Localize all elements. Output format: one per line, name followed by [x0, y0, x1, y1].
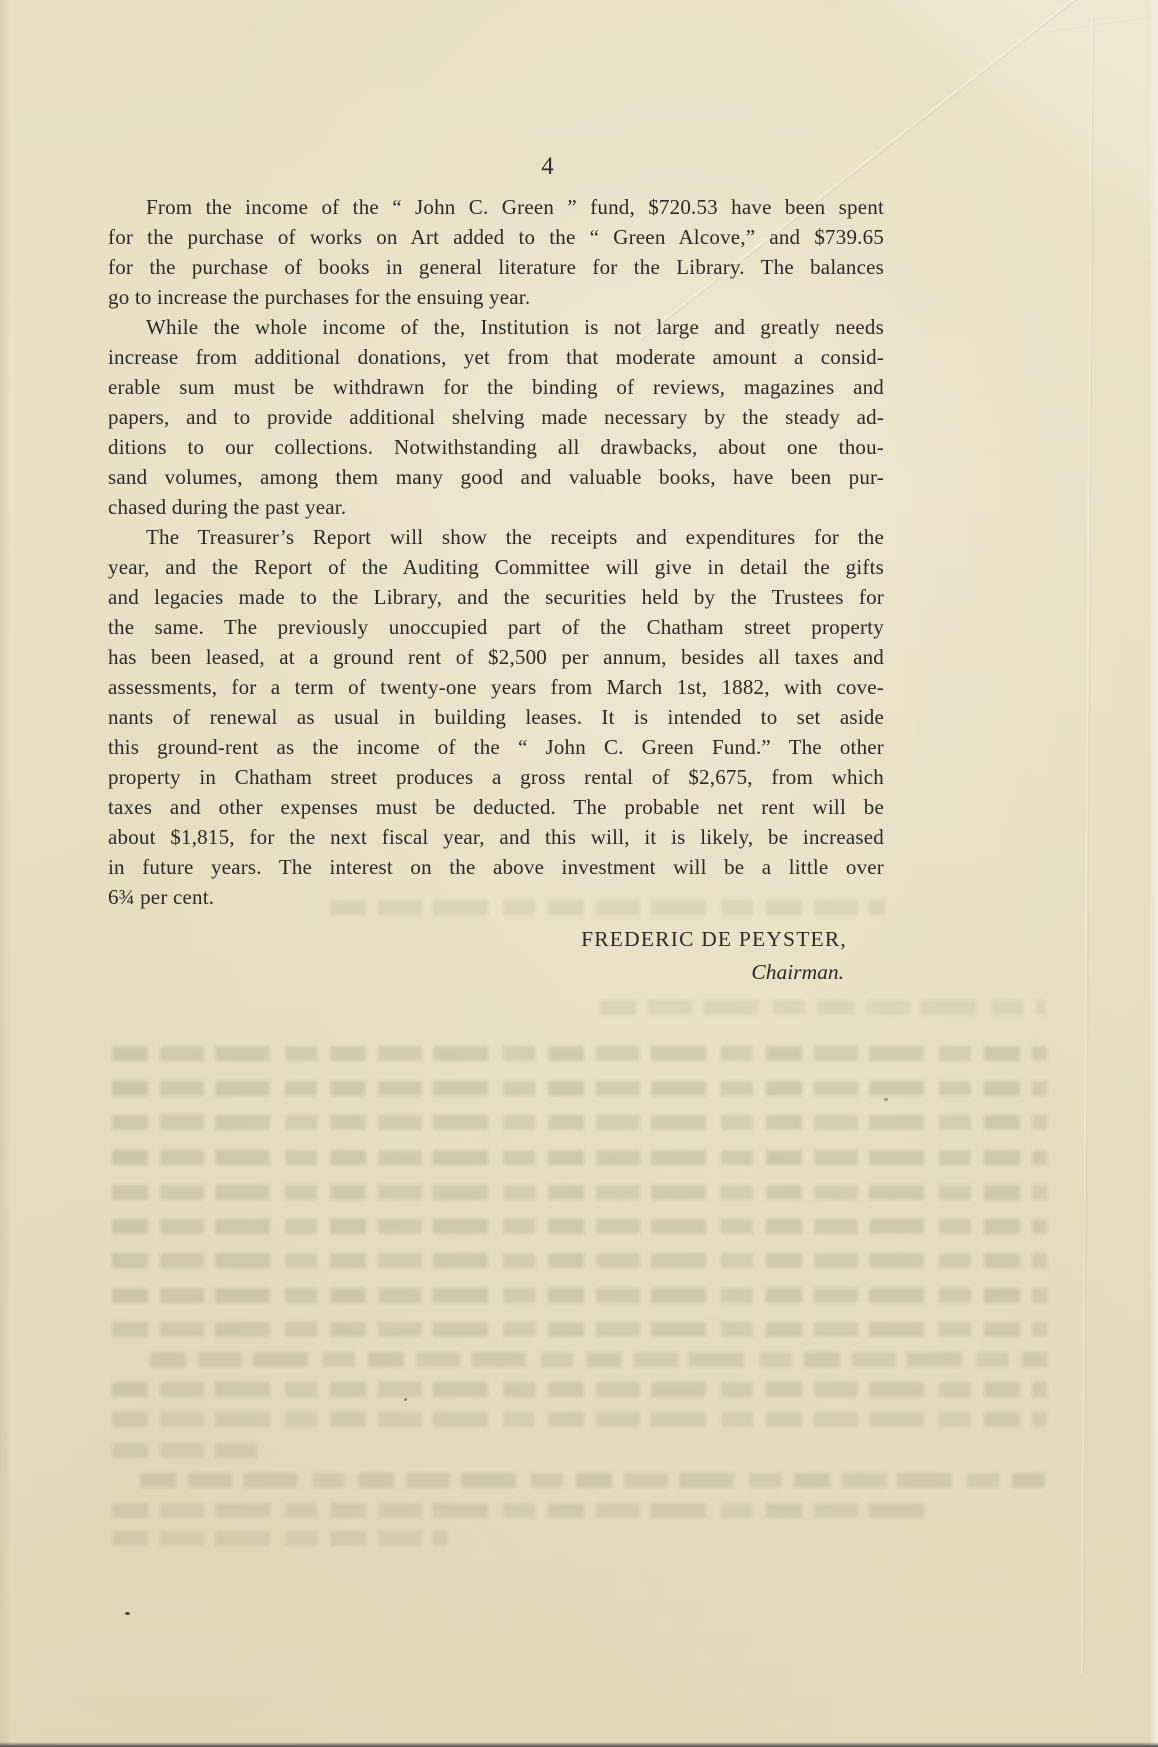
bleed-through-line — [112, 1443, 257, 1458]
page-number: 4 — [0, 153, 1095, 181]
text-line: chased during the past year. — [108, 492, 884, 522]
paper-speck — [125, 1612, 130, 1615]
scanned-report-page: 4 From the income of the “ John C. Green… — [0, 0, 1158, 1747]
report-body: From the income of the “ John C. Green ”… — [108, 192, 884, 912]
text-line: papers, and to provide additional shelvi… — [108, 402, 884, 432]
text-line: go to increase the purchases for the ens… — [108, 282, 884, 312]
bleed-through-line — [112, 1185, 1047, 1200]
paper-speck — [404, 1398, 407, 1401]
bleed-through-line — [112, 1382, 1047, 1397]
text-line: sand volumes, among them many good and v… — [108, 462, 884, 492]
bleed-through-line — [112, 1531, 447, 1546]
text-line: increase from additional donations, yet … — [108, 342, 884, 372]
signature-block: FREDERIC DE PEYSTER, Chairman. — [581, 924, 847, 987]
text-line: and legacies made to the Library, and th… — [108, 582, 884, 612]
paragraph-income: From the income of the “ John C. Green ”… — [108, 192, 884, 312]
scan-bottom-edge — [0, 1742, 1158, 1747]
text-line: year, and the Report of the Auditing Com… — [108, 552, 884, 582]
bleed-through-line — [112, 1503, 932, 1518]
bleed-through-line — [112, 1219, 1047, 1234]
page-left-edge-shadow — [0, 0, 10, 1747]
bleed-through-line — [150, 1352, 1047, 1367]
text-line: The Treasurer’s Report will show the rec… — [108, 522, 884, 552]
bleed-through-line — [112, 1322, 1047, 1337]
text-line: From the income of the “ John C. Green ”… — [108, 192, 884, 222]
paragraph-whole-income: While the whole income of the, Instituti… — [108, 312, 884, 522]
text-line: in future years. The interest on the abo… — [108, 852, 884, 882]
bleed-through-line — [112, 1288, 1047, 1303]
paragraph-treasurers-report: The Treasurer’s Report will show the rec… — [108, 522, 884, 912]
text-line: has been leased, at a ground rent of $2,… — [108, 642, 884, 672]
bleed-through-line — [600, 1000, 1045, 1015]
text-line: nants of renewal as usual in building le… — [108, 702, 884, 732]
text-line: erable sum must be withdrawn for the bin… — [108, 372, 884, 402]
bleed-through-line — [112, 1253, 1047, 1268]
signature-name: FREDERIC DE PEYSTER, — [581, 924, 847, 954]
signature-title: Chairman. — [581, 957, 847, 987]
vertical-crease — [1081, 18, 1094, 1673]
bleed-through-line — [140, 1473, 1045, 1488]
text-line: 6¾ per cent. — [108, 882, 884, 912]
text-line: While the whole income of the, Instituti… — [108, 312, 884, 342]
text-line: ditions to our collections. Notwithstand… — [108, 432, 884, 462]
text-line: for the purchase of books in general lit… — [108, 252, 884, 282]
text-line: for the purchase of works on Art added t… — [108, 222, 884, 252]
text-line: about $1,815, for the next fiscal year, … — [108, 822, 884, 852]
text-line: taxes and other expenses must be deducte… — [108, 792, 884, 822]
text-line: the same. The previously unoccupied part… — [108, 612, 884, 642]
text-line: this ground-rent as the income of the “ … — [108, 732, 884, 762]
bleed-through-line — [112, 1115, 1047, 1130]
bleed-through-line — [112, 1412, 1047, 1427]
text-line: assessments, for a term of twenty-one ye… — [108, 672, 884, 702]
scan-right-edge — [1150, 0, 1158, 1747]
bleed-through-line — [112, 1150, 1047, 1165]
bleed-through-line — [112, 1081, 1047, 1096]
paper-speck — [884, 1098, 888, 1101]
corner-fold-highlight — [838, 0, 1158, 260]
text-line: property in Chatham street produces a gr… — [108, 762, 884, 792]
bleed-through-line — [112, 1046, 1047, 1061]
